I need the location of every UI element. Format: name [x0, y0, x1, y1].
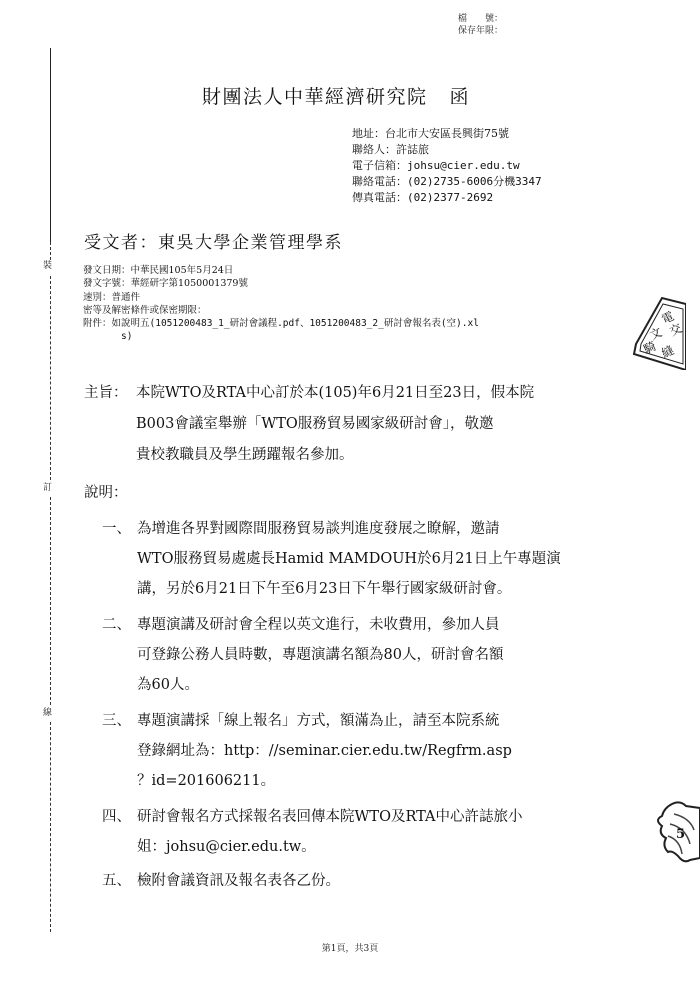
doc-type: 函	[450, 86, 471, 108]
document-title: 財團法人中華經濟研究院函	[202, 82, 470, 109]
fax-row: 傳真電話：(02)2377-2692	[352, 190, 542, 206]
doc-number-row: 發文字號：華經研字第1050001379號	[83, 277, 479, 290]
address-row: 地址：台北市大安區長興街75號	[352, 126, 542, 142]
subject-line: 貴校教職員及學生踴躍報名參加。	[136, 440, 354, 471]
retention-period-label: 保存年限：	[458, 25, 503, 37]
contact-person-value: 許誌旅	[396, 143, 429, 156]
binding-line-dashed	[50, 722, 51, 932]
binding-line-dashed	[50, 497, 51, 705]
doc-number: 華經研字第1050001379號	[131, 278, 248, 289]
contact-block: 地址：台北市大安區長興街75號 聯絡人：許誌旅 電子信箱：johsu@cier.…	[352, 126, 542, 206]
recipient-name: 東吳大學企業管理學系	[158, 233, 343, 253]
seam-seal-stamp: 電 文 交 騎 縫	[626, 296, 686, 370]
recipient: 受文者：東吳大學企業管理學系	[84, 228, 343, 253]
explanation-item-5: 五、 檢附會議資訊及報名表各乙份。	[102, 866, 622, 896]
binding-mark-top: 裝	[43, 260, 52, 272]
document-meta: 發文日期：中華民國105年5月24日 發文字號：華經研字第1050001379號…	[83, 264, 479, 344]
explanation-items: 一、 為增進各界對國際間服務貿易談判進度發展之瞭解，邀請 WTO服務貿易處處長H…	[102, 514, 622, 896]
speed-value: 普通件	[112, 292, 141, 303]
recipient-label: 受文者：	[84, 233, 158, 253]
binding-line-dashed	[50, 276, 51, 480]
explanation-label: 說明：	[84, 481, 128, 502]
issue-date-row: 發文日期：中華民國105年5月24日	[83, 264, 479, 277]
email-value[interactable]: johsu@cier.edu.tw	[407, 159, 520, 172]
subject-line: B003會議室舉辦「WTO服務貿易國家級研討會」，敬邀	[136, 409, 494, 440]
attachment-value[interactable]: 如說明五(1051200483_1_研討會議程.pdf、1051200483_2…	[112, 318, 479, 329]
archive-info: 檔 號： 保存年限：	[458, 13, 503, 37]
email-row: 電子信箱：johsu@cier.edu.tw	[352, 158, 542, 174]
binding-line-solid	[50, 48, 51, 242]
address-value: 台北市大安區長興街75號	[385, 127, 509, 140]
explanation-item-1: 一、 為增進各界對國際間服務貿易談判進度發展之瞭解，邀請 WTO服務貿易處處長H…	[102, 514, 622, 604]
svg-text:5: 5	[676, 827, 685, 842]
issue-date: 中華民國105年5月24日	[131, 265, 234, 276]
speed-row: 速別：普通件	[83, 291, 479, 304]
phone-value: (02)2735-6006分機3347	[407, 175, 542, 188]
explanation-item-2: 二、 專題演講及研討會全程以英文進行，未收費用，參加人員 可登錄公務人員時數，專…	[102, 610, 622, 700]
org-name: 財團法人中華經濟研究院	[202, 86, 428, 108]
binding-line-dashed	[50, 242, 51, 260]
explanation-item-3: 三、 專題演講採「線上報名」方式，額滿為止，請至本院系統 登錄網址為：http：…	[102, 706, 622, 796]
subject-label: 主旨：	[84, 378, 128, 409]
fax-value: (02)2377-2692	[407, 191, 493, 204]
file-number-label: 檔 號：	[458, 13, 503, 25]
page-seam-stamp: 5	[650, 800, 700, 864]
page-footer: 第1頁，共3頁	[0, 941, 700, 954]
attachment-row: 附件：如說明五(1051200483_1_研討會議程.pdf、105120048…	[83, 317, 479, 330]
attachment-continuation: s)	[83, 330, 479, 343]
binding-mark-bottom: 線	[43, 707, 52, 719]
contact-email-line[interactable]: 姐：johsu@cier.edu.tw。	[102, 832, 622, 862]
secrecy-row: 密等及解密條件或保密期限：	[83, 304, 479, 317]
phone-row: 聯絡電話：(02)2735-6006分機3347	[352, 174, 542, 190]
contact-person-row: 聯絡人：許誌旅	[352, 142, 542, 158]
explanation-item-4: 四、 研討會報名方式採報名表回傳本院WTO及RTA中心許誌旅小 姐：johsu@…	[102, 802, 622, 862]
subject-line: 本院WTO及RTA中心訂於本(105)年6月21日至23日，假本院	[136, 378, 534, 409]
registration-url[interactable]: 登錄網址為：http：//seminar.cier.edu.tw/Regfrm.…	[102, 736, 622, 766]
binding-mark-middle: 訂	[43, 482, 52, 494]
